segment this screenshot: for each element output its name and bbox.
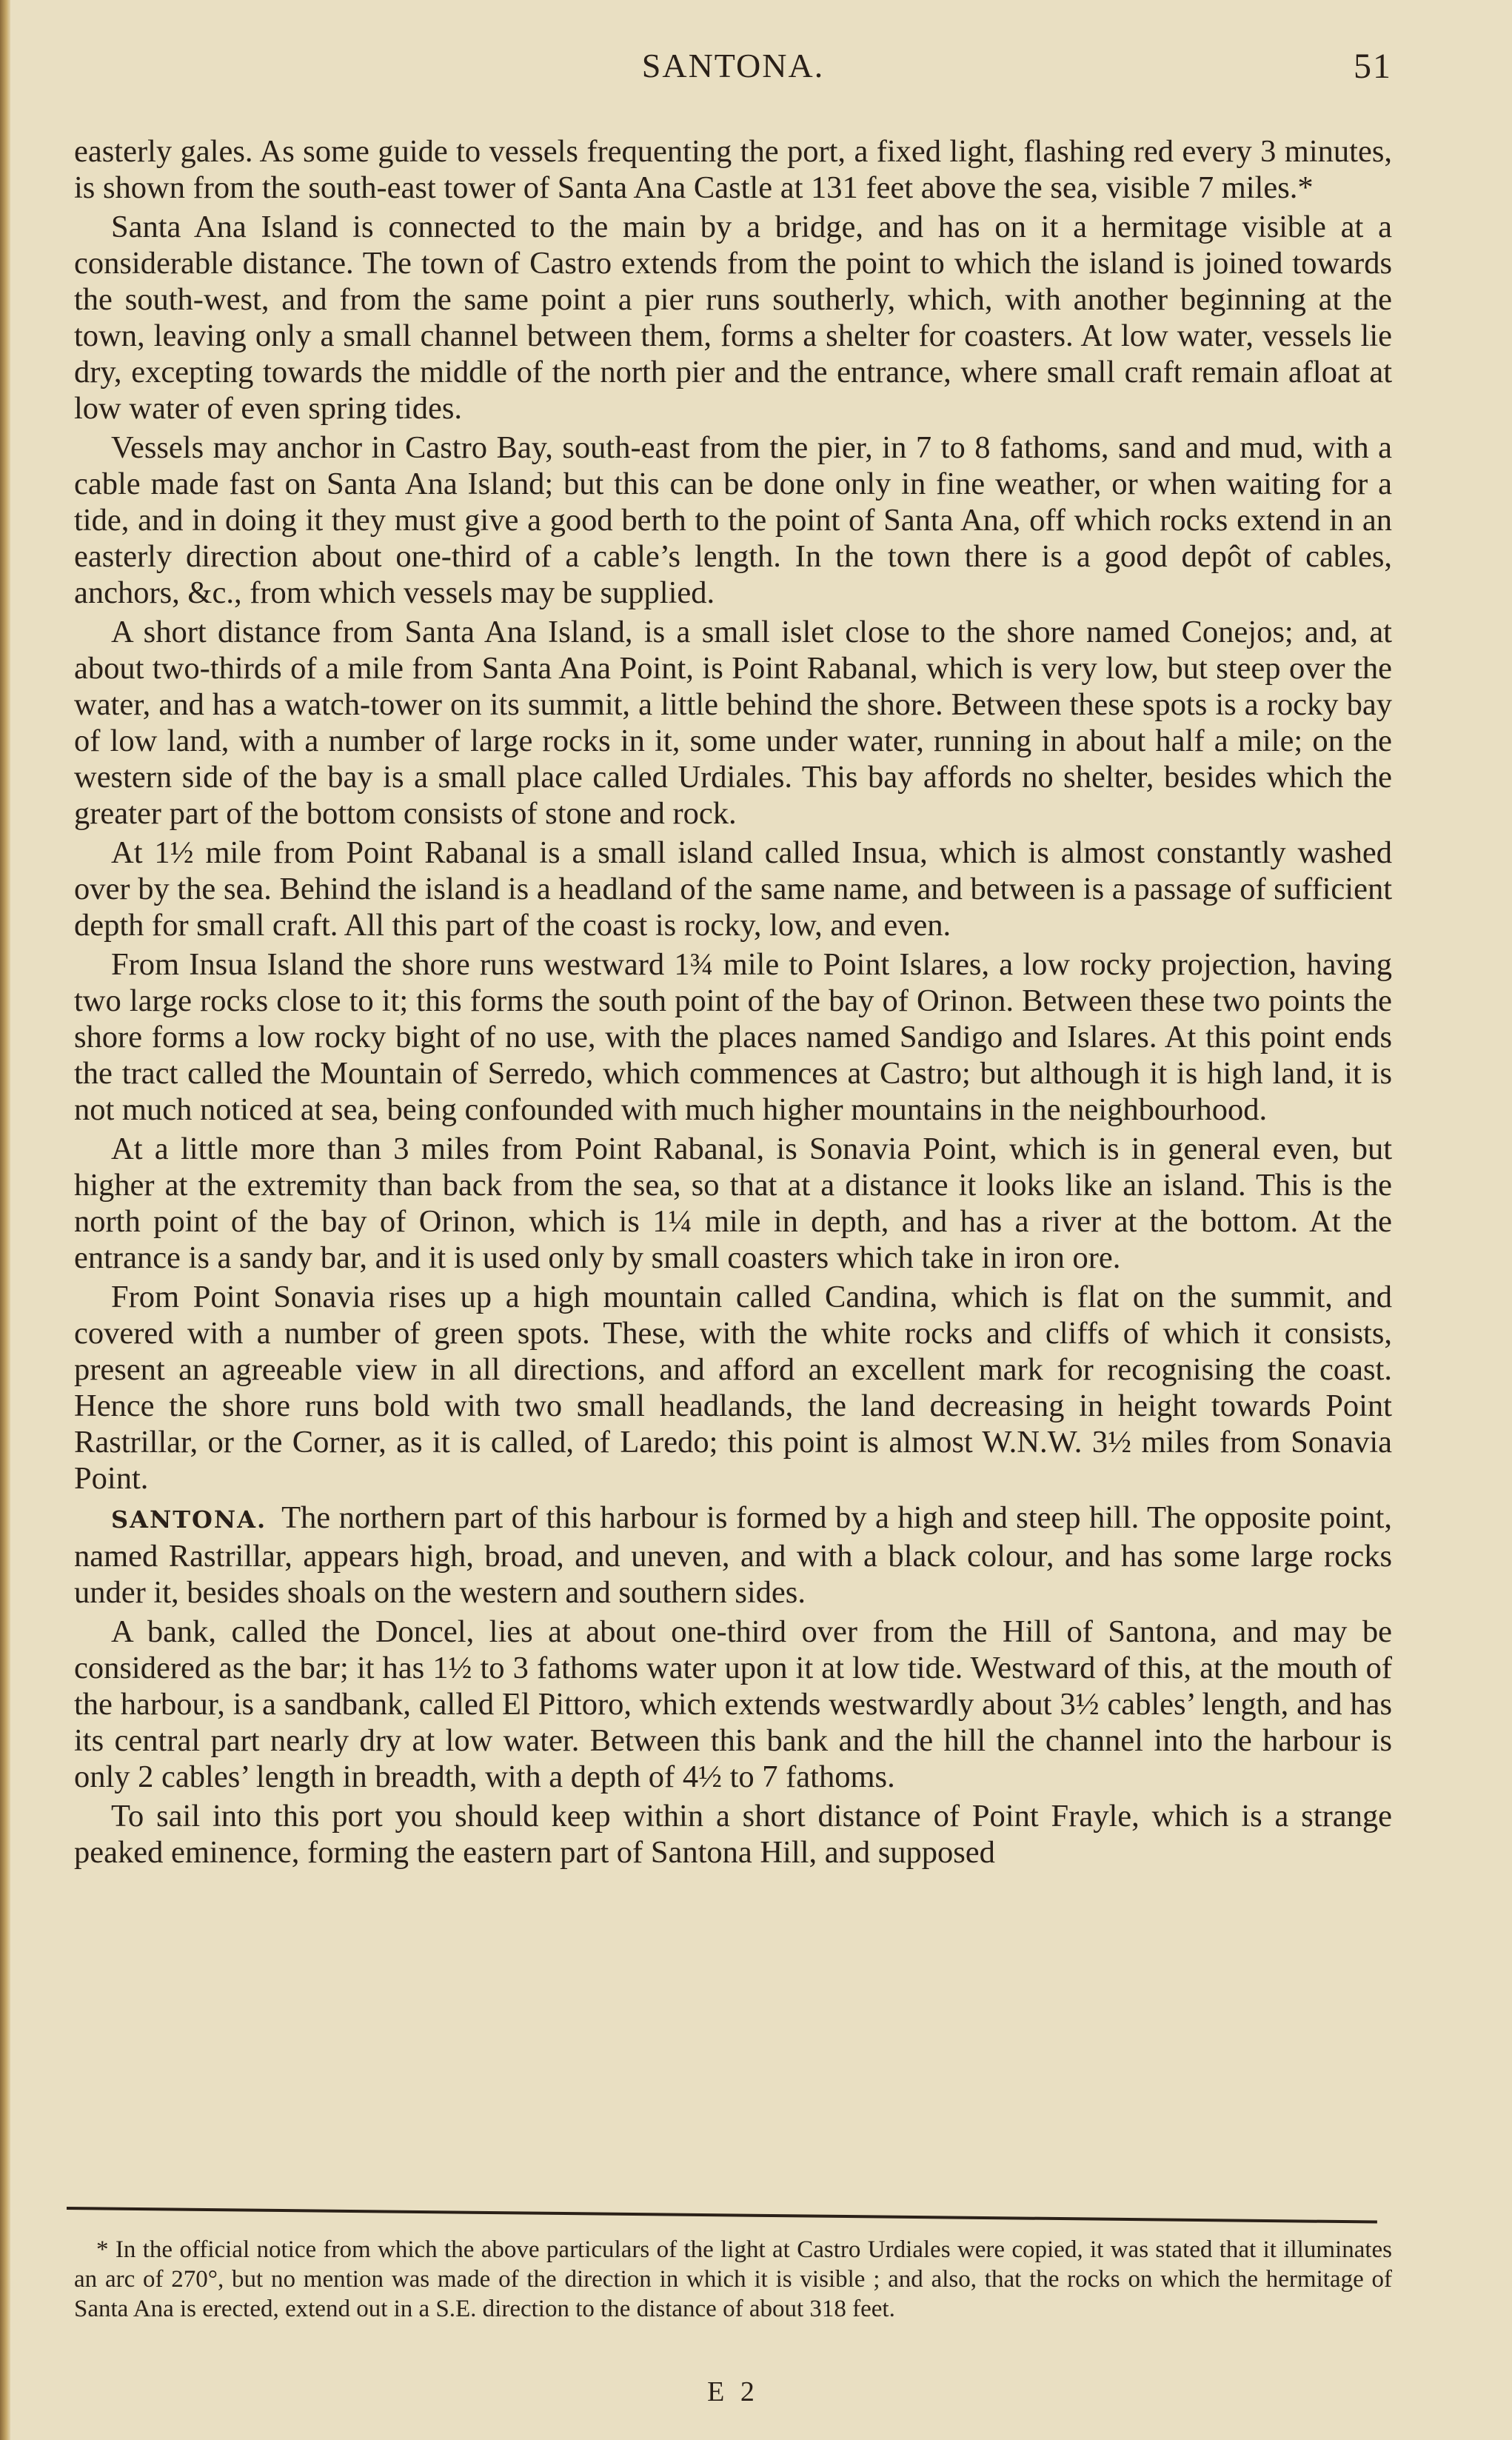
section-heading-santona: SANTONA. xyxy=(111,1505,267,1534)
paragraph-11: To sail into this port you should keep w… xyxy=(74,1798,1392,1871)
paragraph-4: A short distance from Santa Ana Island, … xyxy=(74,614,1392,832)
running-title: SANTONA. xyxy=(74,46,1392,85)
paragraph-5: At 1½ mile from Point Rabanal is a small… xyxy=(74,835,1392,943)
body-text: easterly gales. As some guide to vessels… xyxy=(74,133,1392,1874)
paragraph-1: easterly gales. As some guide to vessels… xyxy=(74,133,1392,206)
page-number: 51 xyxy=(1354,46,1392,87)
book-spine-edge xyxy=(0,0,10,2440)
paragraph-7: At a little more than 3 miles from Point… xyxy=(74,1131,1392,1276)
signature-mark: E 2 xyxy=(74,2376,1392,2408)
paragraph-3: Vessels may anchor in Castro Bay, south-… xyxy=(74,429,1392,611)
paragraph-9-text: The northern part of this harbour is for… xyxy=(74,1500,1392,1610)
paragraph-2: Santa Ana Island is connected to the mai… xyxy=(74,209,1392,427)
paragraph-8: From Point Sonavia rises up a high mount… xyxy=(74,1279,1392,1497)
book-page: SANTONA. 51 easterly gales. As some guid… xyxy=(74,0,1392,2440)
footnote-text: * In the official notice from which the … xyxy=(74,2235,1392,2324)
paragraph-6: From Insua Island the shore runs westwar… xyxy=(74,946,1392,1128)
paragraph-10: A bank, called the Doncel, lies at about… xyxy=(74,1614,1392,1795)
footnote: * In the official notice from which the … xyxy=(74,2235,1392,2324)
running-head: SANTONA. 51 xyxy=(74,46,1392,98)
paragraph-9: SANTONA.The northern part of this harbou… xyxy=(74,1500,1392,1611)
footnote-divider xyxy=(67,2207,1377,2224)
